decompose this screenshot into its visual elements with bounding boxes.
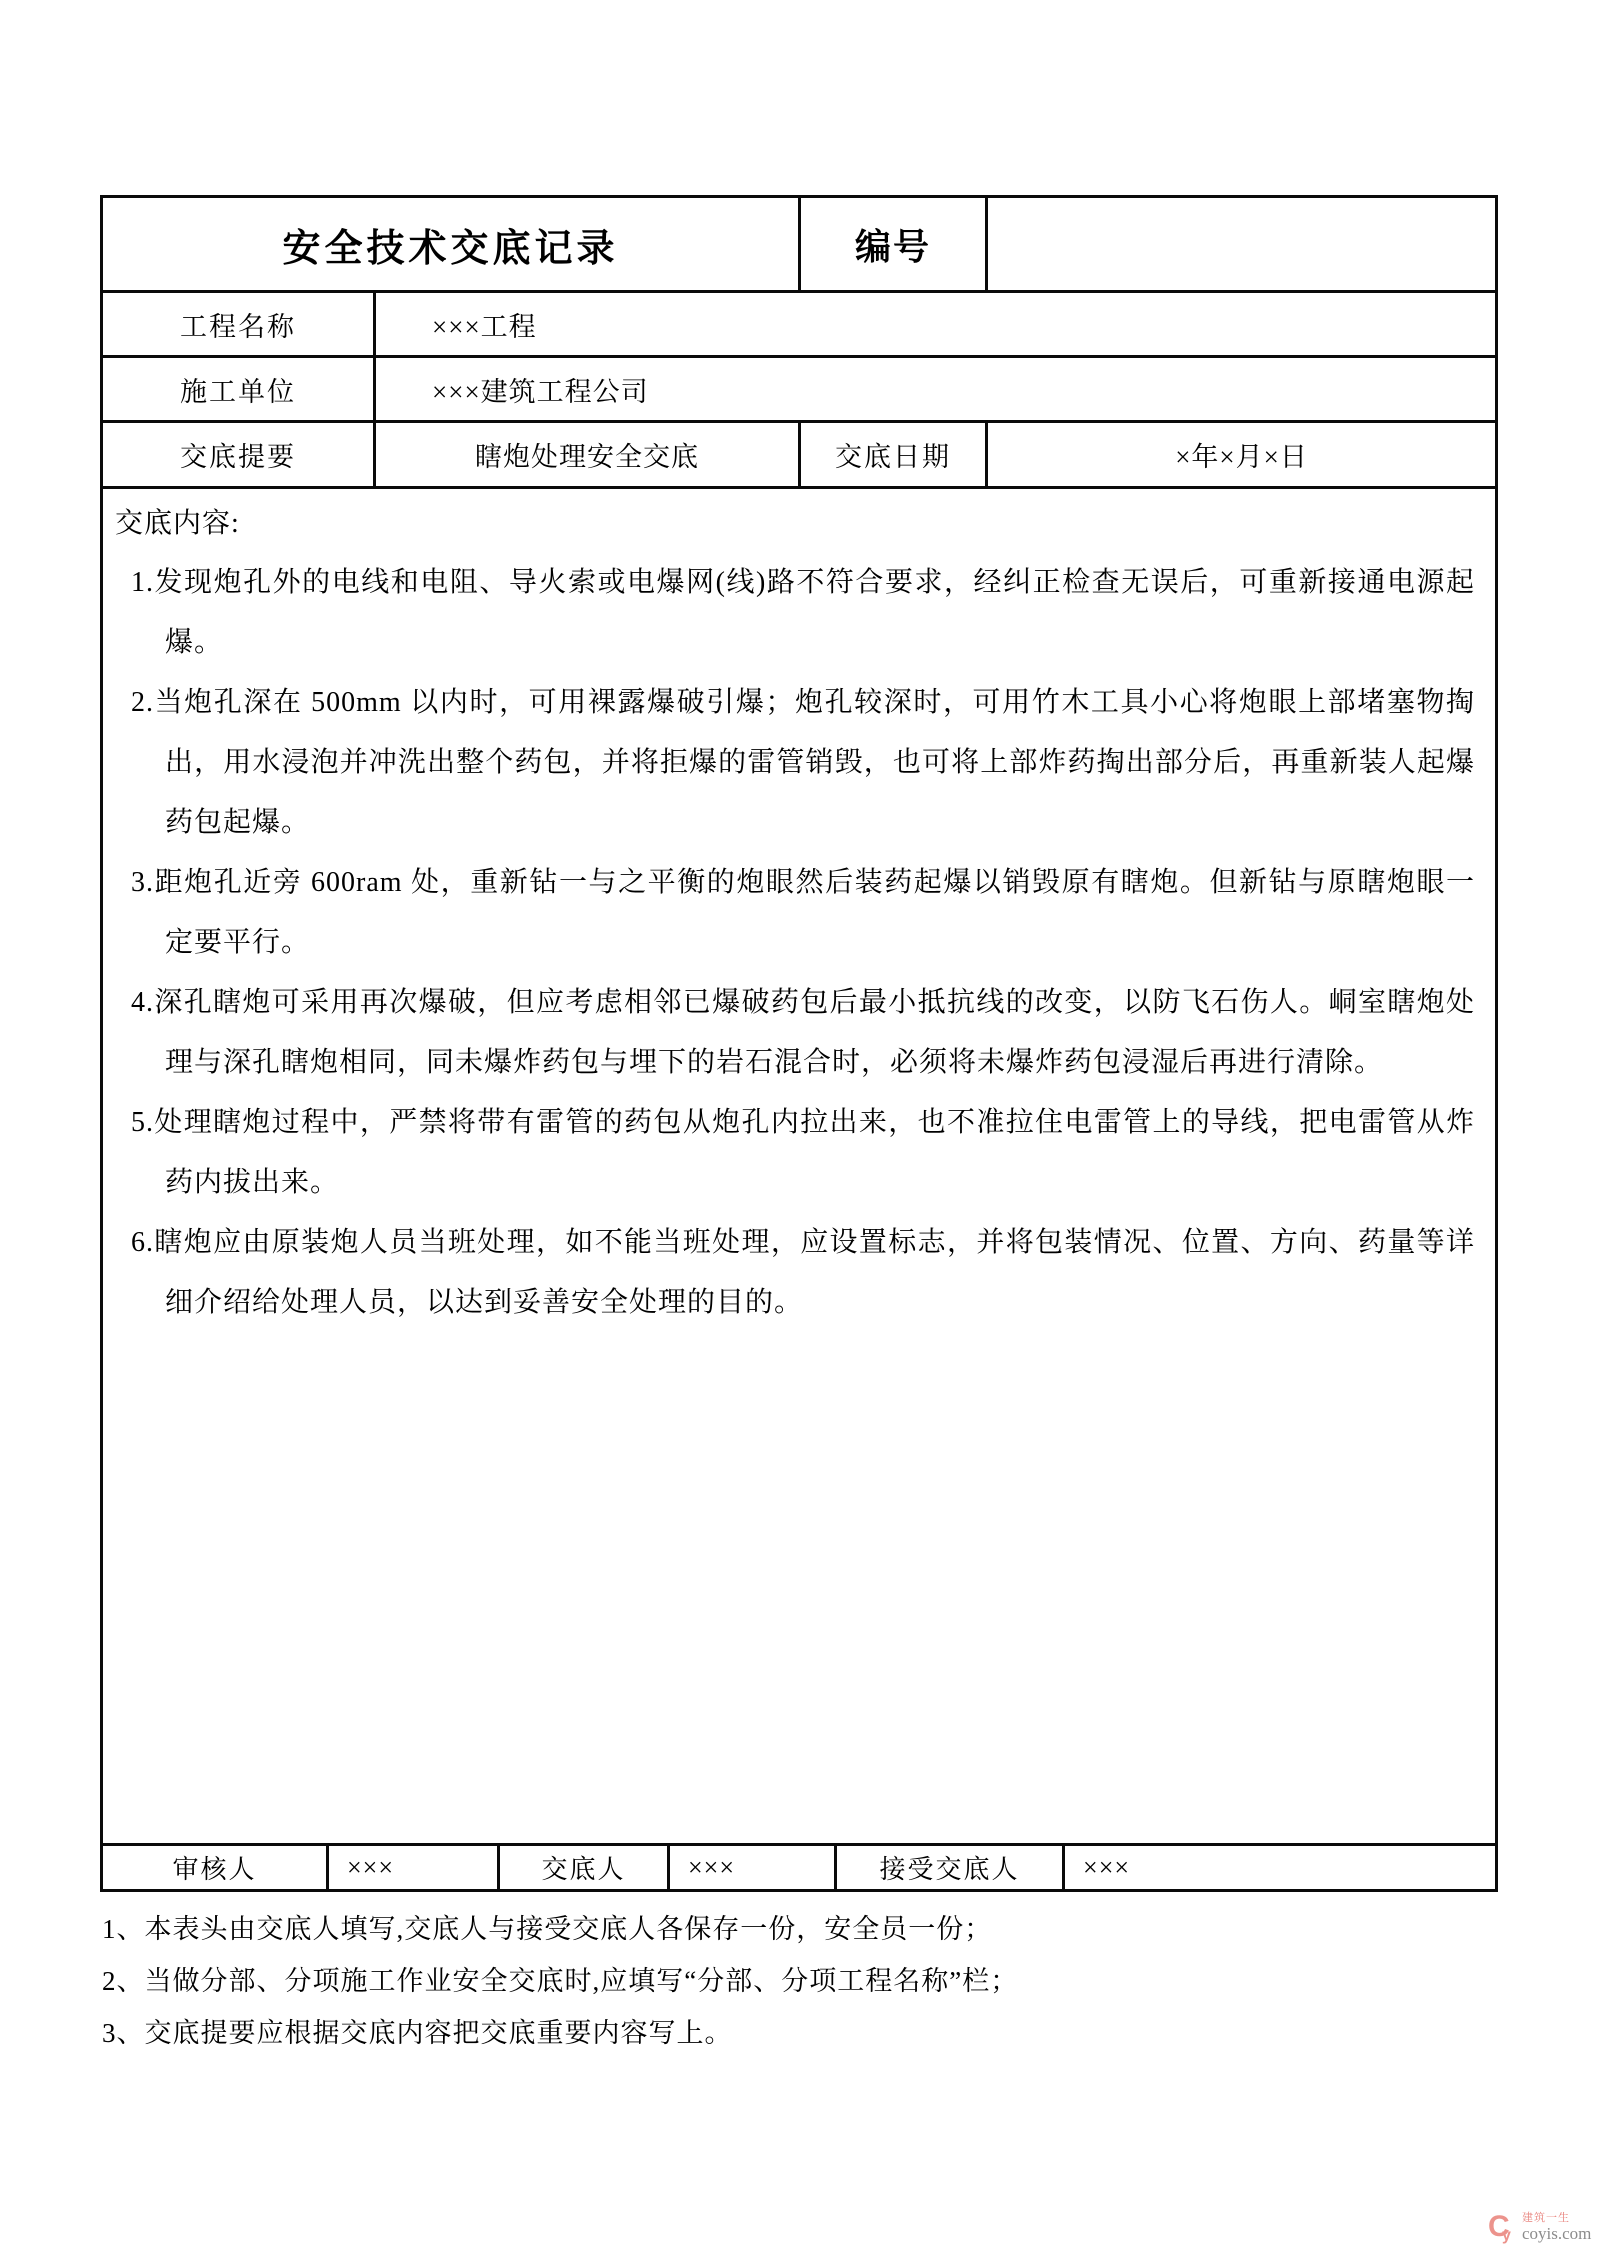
- recipient-value: ×××: [1064, 1845, 1497, 1891]
- content-cell: 交底内容: 1.发现炮孔外的电线和电阻、导火索或电爆网(线)路不符合要求，经纠正…: [102, 488, 1497, 1845]
- project-name-row: 工程名称 ×××工程: [102, 292, 1497, 357]
- coyis-logo-icon: C y: [1488, 2212, 1518, 2248]
- number-label: 编号: [800, 197, 987, 292]
- construction-unit-row: 施工单位 ×××建筑工程公司: [102, 357, 1497, 422]
- construction-unit-label: 施工单位: [102, 357, 375, 422]
- footer-note-1: 1、本表头由交底人填写,交底人与接受交底人各保存一份，安全员一份；: [102, 1903, 1502, 1955]
- summary-row: 交底提要 瞎炮处理安全交底 交底日期 ×年×月×日: [102, 422, 1497, 488]
- date-value: ×年×月×日: [987, 422, 1497, 488]
- number-value: [987, 197, 1497, 292]
- content-item-6: 6.瞎炮应由原装炮人员当班处理，如不能当班处理，应设置标志，并将包装情况、位置、…: [115, 1213, 1475, 1333]
- watermark-text: 建筑一生 coyis.com: [1522, 2212, 1591, 2243]
- footer-note-2: 2、当做分部、分项施工作业安全交底时,应填写“分部、分项工程名称”栏；: [102, 1955, 1502, 2007]
- footer-note-3: 3、交底提要应根据交底内容把交底重要内容写上。: [102, 2007, 1502, 2059]
- construction-unit-value: ×××建筑工程公司: [375, 357, 1497, 422]
- content-item-3: 3.距炮孔近旁 600ram 处，重新钻一与之平衡的炮眼然后装药起爆以销毁原有瞎…: [115, 853, 1475, 973]
- signature-row: 审核人 ××× 交底人 ××× 接受交底人 ×××: [102, 1845, 1497, 1891]
- coyis-watermark: C y 建筑一生 coyis.com: [1488, 2212, 1598, 2248]
- content-row: 交底内容: 1.发现炮孔外的电线和电阻、导火索或电爆网(线)路不符合要求，经纠正…: [102, 488, 1497, 1845]
- summary-value: 瞎炮处理安全交底: [375, 422, 800, 488]
- reviewer-value: ×××: [328, 1845, 499, 1891]
- content-item-5: 5.处理瞎炮过程中，严禁将带有雷管的药包从炮孔内拉出来，也不准拉住电雷管上的导线…: [115, 1093, 1475, 1213]
- project-name-value: ×××工程: [375, 292, 1497, 357]
- reviewer-label: 审核人: [102, 1845, 328, 1891]
- footer-notes: 1、本表头由交底人填写,交底人与接受交底人各保存一份，安全员一份； 2、当做分部…: [102, 1903, 1502, 2059]
- content-item-4: 4.深孔瞎炮可采用再次爆破，但应考虑相邻已爆破药包后最小抵抗线的改变，以防飞石伤…: [115, 973, 1475, 1093]
- content-item-2: 2.当炮孔深在 500mm 以内时，可用裸露爆破引爆；炮孔较深时，可用竹木工具小…: [115, 673, 1475, 853]
- recipient-label: 接受交底人: [836, 1845, 1064, 1891]
- content-heading: 交底内容:: [115, 495, 1475, 553]
- date-label: 交底日期: [800, 422, 987, 488]
- page-title: 安全技术交底记录: [102, 197, 800, 292]
- summary-label: 交底提要: [102, 422, 375, 488]
- safety-disclosure-form: 安全技术交底记录 编号 工程名称 ×××工程 施工单位 ×××建筑工程公司 交底…: [100, 195, 1498, 1892]
- discloser-value: ×××: [669, 1845, 836, 1891]
- watermark-site: coyis.com: [1522, 2224, 1591, 2243]
- watermark-slogan: 建筑一生: [1522, 2212, 1591, 2224]
- project-name-label: 工程名称: [102, 292, 375, 357]
- discloser-label: 交底人: [499, 1845, 669, 1891]
- content-item-1: 1.发现炮孔外的电线和电阻、导火索或电爆网(线)路不符合要求，经纠正检查无误后，…: [115, 553, 1475, 673]
- header-row: 安全技术交底记录 编号: [102, 197, 1497, 292]
